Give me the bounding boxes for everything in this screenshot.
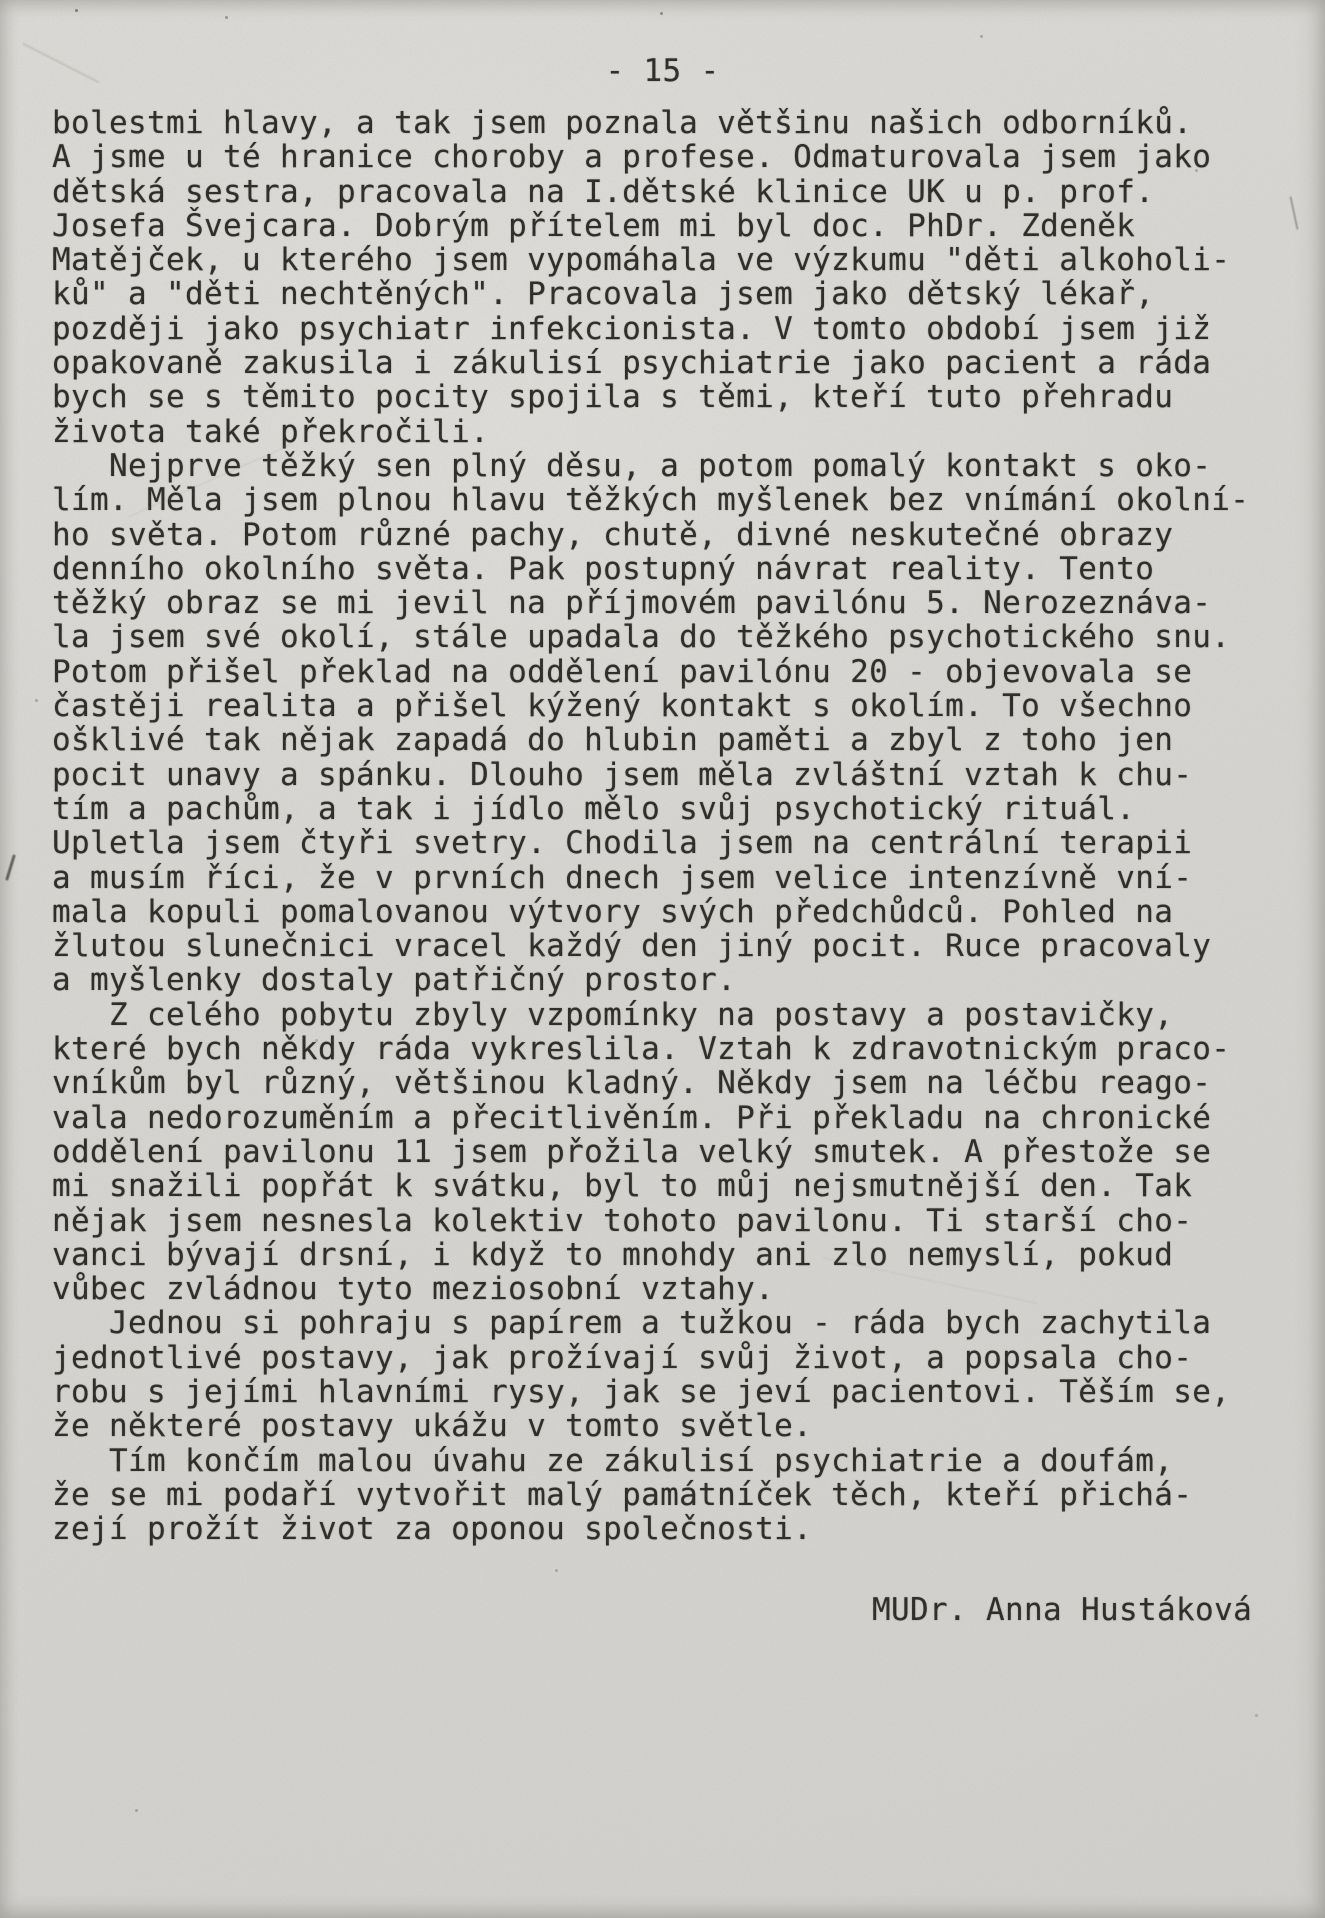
paper-specks	[75, 9, 78, 12]
page-number: - 15 -	[0, 53, 1325, 89]
text-line: nějak jsem nesnesla kolektiv tohoto pavi…	[52, 1204, 1285, 1238]
text-line: opakovaně zakusila i zákulisí psychiatri…	[52, 346, 1285, 380]
text-line: ho světa. Potom různé pachy, chutě, divn…	[52, 518, 1285, 552]
text-line: ošklivé tak nějak zapadá do hlubin pamět…	[52, 723, 1285, 757]
text-line: těžký obraz se mi jevil na příjmovém pav…	[52, 586, 1285, 620]
text-line: častěji realita a přišel kýžený kontakt …	[52, 689, 1285, 723]
document-body: bolestmi hlavy, a tak jsem poznala větši…	[52, 106, 1285, 1546]
text-line: mala kopuli pomalovanou výtvory svých př…	[52, 895, 1285, 929]
text-line: vala nedorozuměním a přecitlivěním. Při …	[52, 1101, 1285, 1135]
text-line: lím. Měla jsem plnou hlavu těžkých myšle…	[52, 483, 1285, 517]
text-line: bych se s těmito pocity spojila s těmi, …	[52, 380, 1285, 414]
text-line: zejí prožít život za oponou společnosti.	[52, 1512, 1285, 1546]
text-line: dětská sestra, pracovala na I.dětské kli…	[52, 175, 1285, 209]
text-line: Upletla jsem čtyři svetry. Chodila jsem …	[52, 826, 1285, 860]
text-line: mi snažili popřát k svátku, byl to můj n…	[52, 1169, 1285, 1203]
stray-ink-mark	[5, 854, 16, 881]
text-line: že některé postavy ukážu v tomto světle.	[52, 1409, 1285, 1443]
text-line: Josefa Švejcara. Dobrým přítelem mi byl …	[52, 209, 1285, 243]
text-line: žlutou slunečnici vracel každý den jiný …	[52, 929, 1285, 963]
text-line: vníkům byl různý, většinou kladný. Někdy…	[52, 1066, 1285, 1100]
text-line: vanci bývají drsní, i když to mnohdy ani…	[52, 1238, 1285, 1272]
text-line: denního okolního světa. Pak postupný náv…	[52, 552, 1285, 586]
text-line: později jako psychiatr infekcionista. V …	[52, 312, 1285, 346]
text-line: a musím říci, že v prvních dnech jsem ve…	[52, 861, 1285, 895]
text-line: A jsme u té hranice choroby a profese. O…	[52, 140, 1285, 174]
text-line: tím a pachům, a tak i jídlo mělo svůj ps…	[52, 792, 1285, 826]
text-line: oddělení pavilonu 11 jsem přožila velký …	[52, 1135, 1285, 1169]
text-line: ků" a "děti nechtěných". Pracovala jsem …	[52, 277, 1285, 311]
text-line: že se mi podaří vytvořit malý památníček…	[52, 1478, 1285, 1512]
text-line: Nejprve těžký sen plný děsu, a potom pom…	[52, 449, 1285, 483]
text-line: robu s jejími hlavními rysy, jak se jeví…	[52, 1375, 1285, 1409]
text-line: Tím končím malou úvahu ze zákulisí psych…	[52, 1444, 1285, 1478]
text-line: Jednou si pohraju s papírem a tužkou - r…	[52, 1306, 1285, 1340]
text-line: la jsem své okolí, stále upadala do těžk…	[52, 620, 1285, 654]
text-line: jednotlivé postavy, jak prožívají svůj ž…	[52, 1341, 1285, 1375]
paper-scratch	[1289, 196, 1298, 230]
text-line: a myšlenky dostaly patřičný prostor.	[52, 963, 1285, 997]
text-line: vůbec zvládnou tyto meziosobní vztahy.	[52, 1272, 1285, 1306]
text-line: které bych někdy ráda vykreslila. Vztah …	[52, 1032, 1285, 1066]
text-line: Matějček, u kterého jsem vypomáhala ve v…	[52, 243, 1285, 277]
text-line: života také překročili.	[52, 415, 1285, 449]
signature: MUDr. Anna Hustáková	[872, 1592, 1252, 1628]
text-line: pocit unavy a spánku. Dlouho jsem měla z…	[52, 758, 1285, 792]
text-line: bolestmi hlavy, a tak jsem poznala větši…	[52, 106, 1285, 140]
text-line: Z celého pobytu zbyly vzpomínky na posta…	[52, 998, 1285, 1032]
text-line: Potom přišel překlad na oddělení pavilón…	[52, 655, 1285, 689]
scanned-document-page: - 15 - bolestmi hlavy, a tak jsem poznal…	[0, 0, 1325, 1918]
